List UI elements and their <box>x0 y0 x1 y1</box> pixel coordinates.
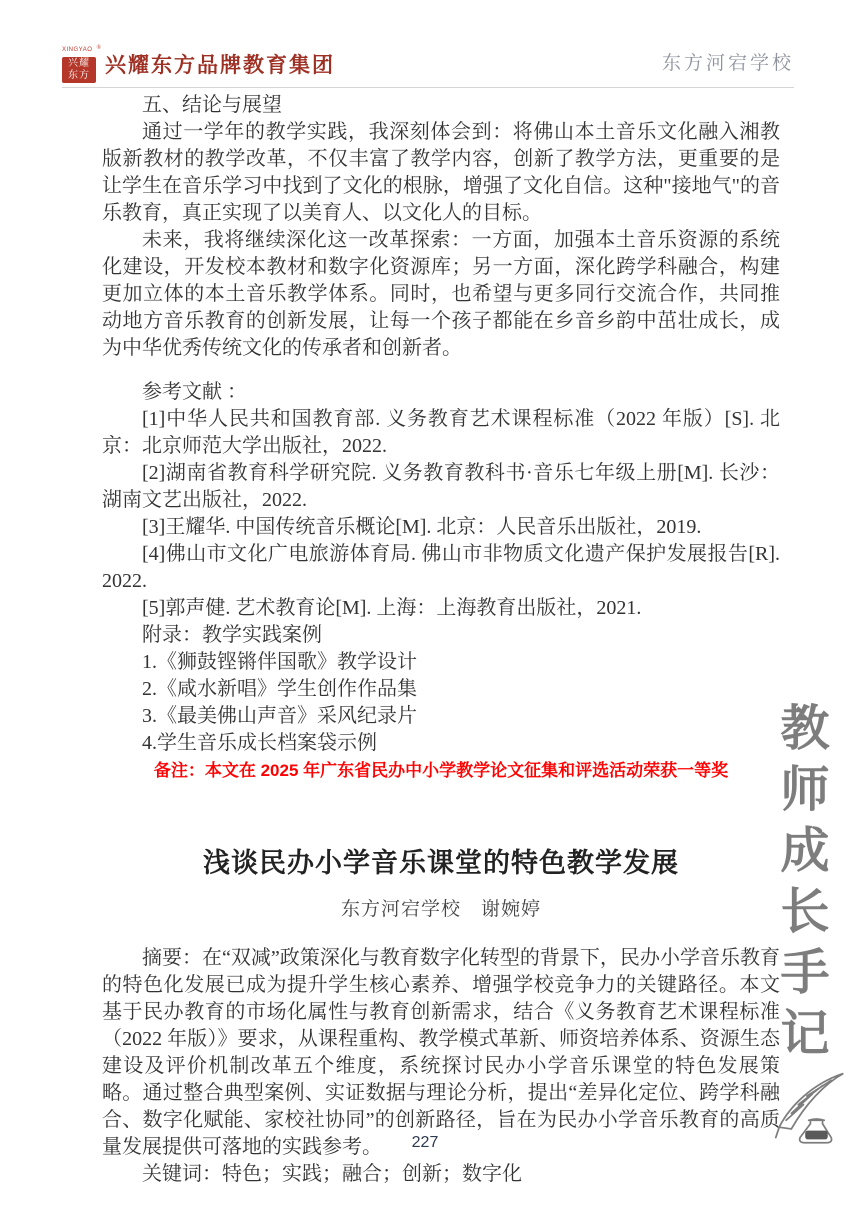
brand-block: XINGYAO 兴耀东方 ® 兴耀东方品牌教育集团 <box>62 49 335 83</box>
article-byline: 东方河宕学校 谢婉婷 <box>102 896 780 923</box>
calligraphy-char: 教 <box>774 698 836 759</box>
article-title: 浅谈民办小学音乐课堂的特色教学发展 <box>102 846 780 880</box>
references-label: 参考文献 ： <box>102 379 780 406</box>
document-body: 五、结论与展望 通过一学年的教学实践，我深刻体会到：将佛山本土音乐文化融入湘教版… <box>102 92 780 1188</box>
brand-mark-text: XINGYAO <box>62 47 92 53</box>
award-note: 备注：本文在 2025 年广东省民办中小学教学论文征集和评选活动荣获一等奖 <box>102 757 780 784</box>
calligraphy-char: 手 <box>774 942 836 1003</box>
page-number: 227 <box>0 1134 850 1152</box>
registered-mark-icon: ® <box>96 45 101 51</box>
conclusion-paragraph-2: 未来，我将继续深化这一改革探索：一方面，加强本土音乐资源的系统化建设，开发校本教… <box>102 227 780 362</box>
appendix-item: 3.《最美佛山声音》采风纪录片 <box>102 703 780 730</box>
calligraphy-char: 师 <box>774 759 836 820</box>
page-header: XINGYAO 兴耀东方 ® 兴耀东方品牌教育集团 东方河宕学校 <box>62 44 794 88</box>
document-page: XINGYAO 兴耀东方 ® 兴耀东方品牌教育集团 东方河宕学校 五、结论与展望… <box>0 0 850 1205</box>
conclusion-paragraph-1: 通过一学年的教学实践，我深刻体会到：将佛山本土音乐文化融入湘教版新教材的教学改革… <box>102 119 780 227</box>
reference-item: [4]佛山市文化广电旅游体育局. 佛山市非物质文化遗产保护发展报告[R]. 20… <box>102 541 780 595</box>
side-calligraphy-strip: 教 师 成 长 手 记 <box>774 698 836 1153</box>
calligraphy-char: 记 <box>774 1003 836 1064</box>
appendix-item: 2.《咸水新唱》学生创作作品集 <box>102 676 780 703</box>
section-heading: 五、结论与展望 <box>102 92 780 119</box>
reference-item: [1]中华人民共和国教育部. 义务教育艺术课程标准（2022 年版）[S]. 北… <box>102 406 780 460</box>
calligraphy-char: 成 <box>774 820 836 881</box>
calligraphy-char: 长 <box>774 881 836 942</box>
reference-item: [3]王耀华. 中国传统音乐概论[M]. 北京：人民音乐出版社，2019. <box>102 514 780 541</box>
appendix-item: 4.学生音乐成长档案袋示例 <box>102 730 780 757</box>
reference-item: [5]郭声健. 艺术教育论[M]. 上海：上海教育出版社，2021. <box>102 595 780 622</box>
brand-seal-logo: XINGYAO 兴耀东方 ® <box>62 51 98 83</box>
appendix-label: 附录：教学实践案例 <box>102 622 780 649</box>
article-abstract: 摘要：在“双减”政策深化与教育数字化转型的背景下，民办小学音乐教育的特色化发展已… <box>102 945 780 1161</box>
appendix-item: 1.《狮鼓铿锵伴国歌》教学设计 <box>102 649 780 676</box>
school-name: 东方河宕学校 <box>662 48 794 83</box>
seal-icon: 兴耀东方 <box>62 57 96 83</box>
reference-item: [2]湖南省教育科学研究院. 义务教育教科书·音乐七年级上册[M]. 长沙：湖南… <box>102 460 780 514</box>
article-keywords: 关键词：特色；实践；融合；创新；数字化 <box>102 1161 780 1188</box>
brand-title: 兴耀东方品牌教育集团 <box>105 49 335 83</box>
